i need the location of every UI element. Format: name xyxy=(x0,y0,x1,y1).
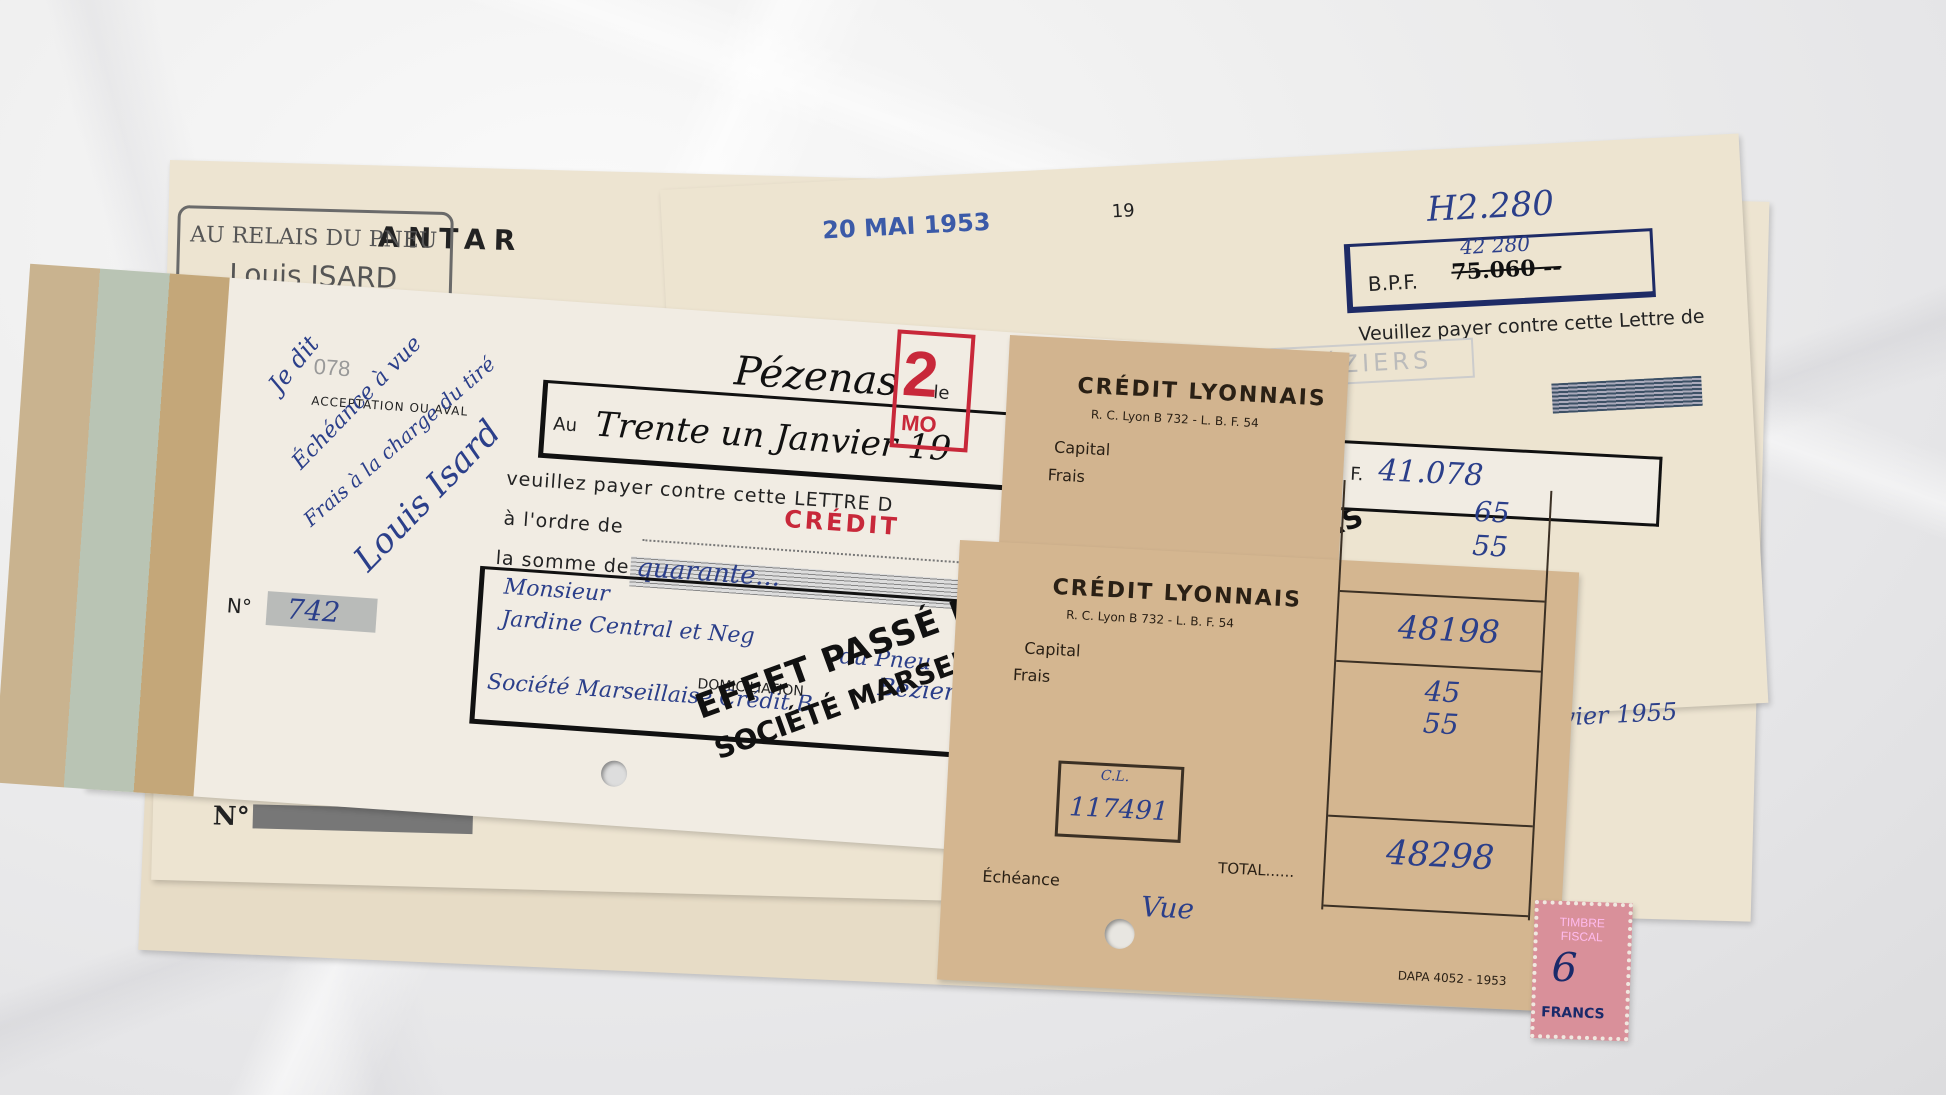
date-stamp: 20 MAI 1953 xyxy=(822,208,992,245)
bpf-label: B.P.F. xyxy=(1367,269,1418,296)
amount-total: 48298 xyxy=(1385,833,1495,879)
cl-stamp-label: C.L. xyxy=(1100,768,1129,785)
bank-name-bottom: CRÉDIT LYONNAIS xyxy=(1052,575,1303,613)
field-capital-bottom: Capital xyxy=(1024,639,1081,661)
amount-entry-1: 65 xyxy=(1473,495,1510,530)
handwritten-amount-top: H2.280 xyxy=(1426,183,1555,230)
total-label: TOTAL...... xyxy=(1218,859,1295,881)
cl-stamp-box: C.L. 117491 xyxy=(1055,760,1185,842)
bordereau-punch-hole xyxy=(1104,918,1136,950)
torn-stub xyxy=(0,264,230,797)
amount-divider-4 xyxy=(1323,905,1528,918)
cl-stamp-number: 117491 xyxy=(1068,792,1169,827)
bordereau-bottom: CRÉDIT LYONNAIS R. C. Lyon B 732 - L. B.… xyxy=(937,540,1579,1012)
amount-divider-2 xyxy=(1336,660,1541,673)
printer-mark: DAPA 4052 - 1953 xyxy=(1397,969,1506,989)
amount-divider-1 xyxy=(1340,590,1545,603)
hatch-bar xyxy=(1551,376,1702,414)
bank-name-top: CRÉDIT LYONNAIS xyxy=(1077,374,1328,412)
bpf-struck: 75.060 -- xyxy=(1451,254,1562,286)
pencil-note: 078 xyxy=(313,354,351,382)
amount-divider-3 xyxy=(1328,815,1533,828)
punch-hole xyxy=(600,760,628,788)
year-prefix: 19 xyxy=(1111,200,1135,222)
right-instruction: Veuillez payer contre cette Lettre de xyxy=(1358,306,1705,346)
amount-entry-5: 55 xyxy=(1422,707,1459,742)
stamp-line-1: AU RELAIS DU PNEU xyxy=(190,222,438,253)
number-value: 742 xyxy=(286,592,342,629)
amount-entry-2: 55 xyxy=(1472,529,1509,564)
number-label: N° xyxy=(226,593,253,619)
echeance-value: Vue xyxy=(1140,890,1195,926)
field-frais-top: Frais xyxy=(1047,465,1085,486)
fiscal-stamp-denomination: 6 xyxy=(1551,945,1578,992)
au-label: Au xyxy=(553,414,578,437)
number-field: 742 xyxy=(266,591,378,633)
amount-entry-4: 45 xyxy=(1424,675,1461,710)
amount-entry-3: 48198 xyxy=(1397,608,1501,651)
red-box-numeral: 2 xyxy=(900,336,941,412)
registration-top: R. C. Lyon B 732 - L. B. F. 54 xyxy=(1091,407,1259,430)
red-box-stamp: 2 MO xyxy=(890,329,976,452)
echeance-label: Échéance xyxy=(982,867,1060,890)
drawee-line-1: Monsieur xyxy=(503,575,610,607)
field-frais-bottom: Frais xyxy=(1013,665,1051,686)
fiscal-stamp-text-top: TIMBRE FISCAL xyxy=(1542,914,1623,945)
registration-bottom: R. C. Lyon B 732 - L. B. F. 54 xyxy=(1066,608,1234,631)
drawee-line-2: Jardine Central et Neg xyxy=(501,606,756,649)
bpf-corrected: 42 280 xyxy=(1459,232,1530,260)
amount-column: 65 55 48198 45 55 48298 xyxy=(1321,480,1552,920)
order-label: à l'ordre de xyxy=(503,507,624,537)
signature: Louis Isard xyxy=(346,412,509,579)
fiscal-stamp-text-bottom: FRANCS xyxy=(1541,1004,1605,1022)
bpf-box: B.P.F. 42 280 75.060 -- xyxy=(1344,228,1656,313)
fiscal-stamp: TIMBRE FISCAL 6 FRANCS xyxy=(1530,900,1633,1041)
field-capital-top: Capital xyxy=(1054,437,1111,459)
back-number-label: N° xyxy=(212,801,250,832)
red-box-text: MO xyxy=(900,410,937,438)
